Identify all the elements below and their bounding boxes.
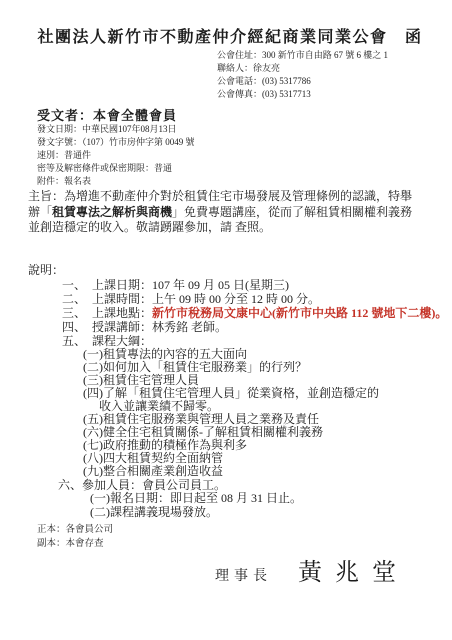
course-date: 上課日期：107 年 09 月 05 日(星期三) [92,278,452,292]
explanation-item-1: 一、上課日期：107 年 09 月 05 日(星期三) [62,278,452,292]
course-time: 上課時間：上午 09 時 00 分至 12 時 00 分。 [92,292,452,306]
recipient-line: 受文者：本會全體會員 [37,105,177,124]
reference-number-line: 發文字號：（107）竹市房仲字第 0049 號 [37,136,195,149]
document-title: 社團法人新竹市不動產仲介經紀商業同業公會 函 [0,24,452,47]
priority-line: 速別：普通件 [37,149,195,162]
association-contact-person: 聯絡人：徐友亮 [217,62,388,75]
explanation-item-2: 二、上課時間：上午 09 時 00 分至 12 時 00 分。 [62,292,452,306]
course-lecturer: 授課講師：林秀銘 老師。 [92,320,452,334]
association-address: 公會住址：300 新竹市自由路 67 號 6 樓之 1 [217,49,388,62]
attachment-line: 附件：報名表 [37,175,195,188]
association-fax: 公會傳真：(03) 5317713 [217,88,388,101]
subject-paragraph: 主旨：為增進不動產仲介對於租賃住宅市場發展及管理條例的認識，特舉辦「租賃專法之解… [28,189,422,236]
explanation-section: 說明： 一、上課日期：107 年 09 月 05 日(星期三) 二、上課時間：上… [28,263,452,519]
explanation-item-5: 五、課程大綱： [62,334,452,348]
explanation-item-6: 六、參加人員：會員公司員工。 [58,478,452,492]
association-phone: 公會電話：(03) 5317786 [217,75,388,88]
chairman-title: 理事長 [215,565,272,585]
course-location: 上課地點：新竹市稅務局文康中心(新竹市中央路 112 號地下二樓)。 [92,306,452,320]
subject-seminar-name: 租賃專法之解析與商機 [52,205,172,219]
original-copy-line: 正本：各會員公司 [37,524,113,538]
document-page: 社團法人新竹市不動產仲介經紀商業同業公會 函 公會住址：300 新竹市自由路 6… [0,0,452,640]
outline-item-4: (四)了解「租賃住宅管理人員」從業資格，並創造穩定的收入並讓業績不歸零。 [83,387,385,413]
chairman-name: 黃兆堂 [298,552,409,587]
registration-deadline: (一)報名日期：即日起至 08 月 31 日止。 [90,492,452,506]
duplicate-copy-line: 副本：本會存查 [37,538,113,552]
explanation-item-4: 四、授課講師：林秀銘 老師。 [62,320,452,334]
outline-item-9: (九)整合相關產業創造收益 [83,465,385,478]
course-outline-label: 課程大綱： [92,334,452,348]
explanation-item-3: 三、上課地點：新竹市稅務局文康中心(新竹市中央路 112 號地下二樓)。 [62,306,452,320]
distribution-block: 正本：各會員公司 副本：本會存查 [37,524,113,551]
issue-date-line: 發文日期：中華民國107年08月13日 [37,123,195,136]
item-number: 三、 [62,306,92,320]
subject-label: 主旨： [28,189,64,203]
security-line: 密等及解密條件或保密期限：普通 [37,162,195,175]
association-contact-block: 公會住址：300 新竹市自由路 67 號 6 樓之 1 聯絡人：徐友亮 公會電話… [217,49,388,101]
signature-block: 理事長 黃兆堂 [215,552,409,587]
item-number: 四、 [62,320,92,334]
location-label: 上課地點： [92,306,152,320]
explanation-heading: 說明： [28,263,452,278]
item-number: 一、 [62,278,92,292]
location-highlight: 新竹市稅務局文康中心(新竹市中央路 112 號地下二樓)。 [152,306,447,320]
item-number: 二、 [62,292,92,306]
item-number: 五、 [62,334,92,348]
handout-note: (二)課程講義現場發放。 [90,506,452,520]
document-meta-block: 發文日期：中華民國107年08月13日 發文字號：（107）竹市房仲字第 004… [37,123,195,188]
